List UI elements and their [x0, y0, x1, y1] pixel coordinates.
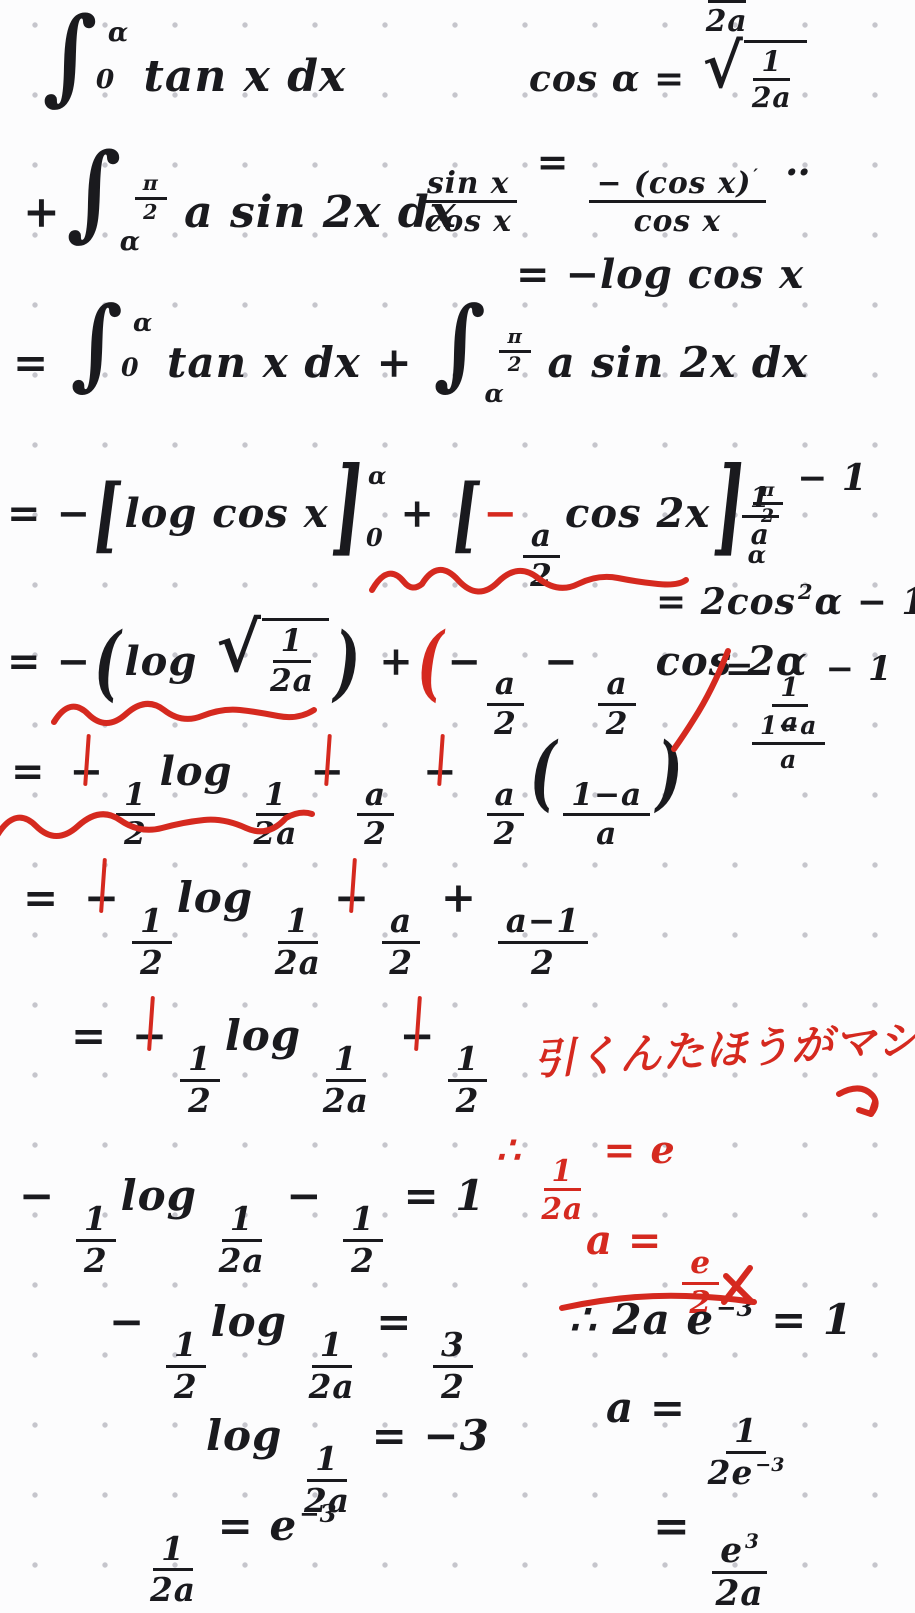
- math-line-one-minus-a-over-a: 1−aa: [748, 690, 829, 773]
- math-line-integral-asin2x: +∫π2α a sin 2x dx: [22, 148, 458, 239]
- note-page: ∫α0 tan x dx+∫π2α a sin 2x dx= ∫α0 tan x…: [0, 0, 915, 1613]
- math-line-red-note-japanese: 引くんたほうがマシ: [531, 1016, 915, 1085]
- math-line-simplified-line-2: = −12log 12a −12: [70, 1012, 491, 1118]
- math-line-bracket-evaluation: = −[log cos x]α0 + [−a2cos 2x]π2α: [6, 472, 783, 593]
- math-line-sinx-over-cosx: sin xcos x = − (cos x)′cos x ‥: [415, 140, 813, 237]
- math-line-double-angle: = 2cos2α − 1: [655, 580, 915, 623]
- red-arrow-flourish: [833, 1082, 885, 1128]
- math-line-sum-of-integrals: = ∫α0 tan x dx + ∫π2α a sin 2x dx: [12, 302, 809, 387]
- math-line-simplified-line-1: = −12log 12a−a2 + a−12: [22, 874, 592, 980]
- math-line-one-over-2a-equals: 12a = e−3: [145, 1500, 338, 1608]
- math-line-red-therefore-e: ∴ 12a = e: [495, 1128, 677, 1225]
- math-line-one-over-a-minus-1: 1a − 1: [738, 458, 869, 549]
- math-line-equals-minus-log-cos: = −log cos x: [515, 252, 805, 298]
- math-line-expanded-line: = −12log 12a−a2 − a2(1−aa): [10, 745, 686, 851]
- math-line-cos-alpha-sqrt: cos α = √12a: [528, 40, 810, 113]
- math-line-therefore-2ae: ∴ 2a e−3 = 1: [568, 1294, 854, 1344]
- math-line-log-equals-three-halves: − 12log 12a = 32: [108, 1298, 477, 1404]
- math-line-a-equals-inverse: a = 12e−3: [605, 1384, 789, 1491]
- math-line-integral-tan: ∫α0 tan x dx: [38, 12, 347, 103]
- math-line-equals-e-cubed-over-2a: = e32a: [652, 1502, 771, 1612]
- math-line-equation-equals-1: − 12log 12a − 12 = 1: [18, 1172, 487, 1278]
- math-line-substituted-line: = −(log √12a) +(−a2 − a2 cos 2α: [6, 618, 809, 741]
